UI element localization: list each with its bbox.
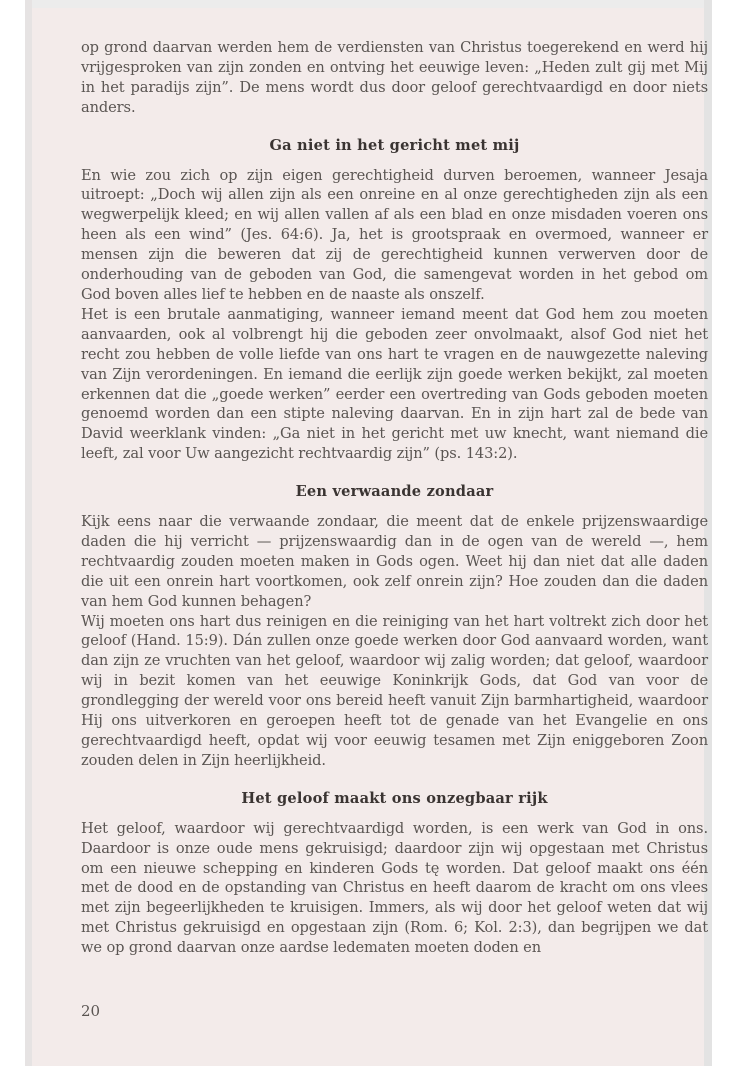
section-1-paragraph-2: Het is een brutale aanmatiging, wanneer … [81, 305, 708, 464]
section-heading-ga-niet-in-het-gericht: Ga niet in het gericht met mij [81, 136, 708, 156]
section-heading-het-geloof-maakt-ons-rijk: Het geloof maakt ons onzegbaar rijk [81, 789, 708, 809]
section-2-paragraph-2: Wij moeten ons hart dus reinigen en die … [81, 612, 708, 771]
section-2-paragraph-1: Kijk eens naar die verwaande zondaar, di… [81, 512, 708, 612]
page-body: op grond daarvan werden hem de verdienst… [81, 38, 708, 958]
intro-paragraph: op grond daarvan werden hem de verdienst… [81, 38, 708, 118]
page-number: 20 [81, 1002, 100, 1020]
book-page: op grond daarvan werden hem de verdienst… [25, 0, 712, 1066]
section-3-paragraph-1: Het geloof, waardoor wij gerechtvaardigd… [81, 819, 708, 958]
section-heading-een-verwaande-zondaar: Een verwaande zondaar [81, 482, 708, 502]
section-1-paragraph-1: En wie zou zich op zijn eigen gerechtigh… [81, 166, 708, 305]
